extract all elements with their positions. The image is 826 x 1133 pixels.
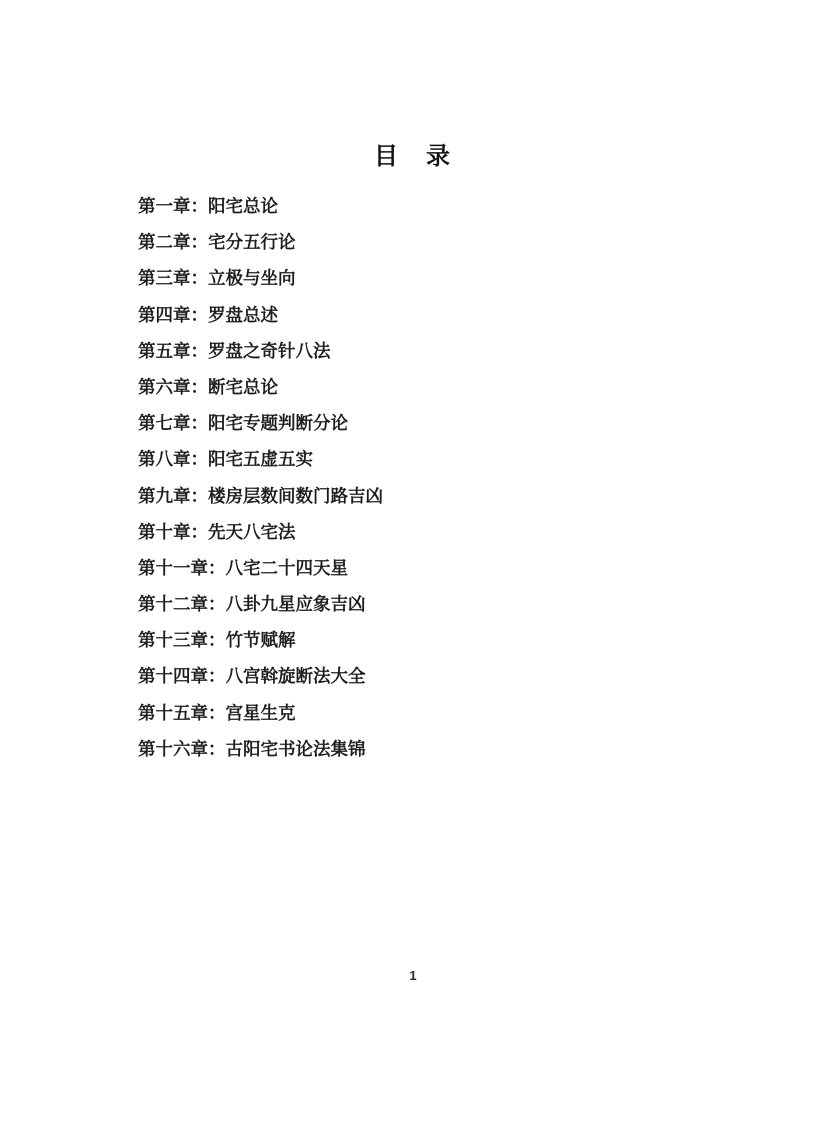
toc-item-chapter-13: 第十三章：竹节赋解 [138, 622, 698, 658]
toc-item-chapter-5: 第五章：罗盘之奇针八法 [138, 333, 698, 369]
page-number: 1 [0, 968, 826, 983]
toc-item-chapter-4: 第四章：罗盘总述 [138, 297, 698, 333]
toc-item-chapter-9: 第九章：楼房层数间数门路吉凶 [138, 478, 698, 514]
toc-item-chapter-6: 第六章：断宅总论 [138, 369, 698, 405]
page-title: 目 录 [0, 136, 826, 171]
toc-list: 第一章：阳宅总论 第二章：宅分五行论 第三章：立极与坐向 第四章：罗盘总述 第五… [138, 188, 698, 767]
toc-item-chapter-11: 第十一章：八宅二十四天星 [138, 550, 698, 586]
toc-item-chapter-12: 第十二章：八卦九星应象吉凶 [138, 586, 698, 622]
toc-item-chapter-2: 第二章：宅分五行论 [138, 224, 698, 260]
document-page: 目 录 第一章：阳宅总论 第二章：宅分五行论 第三章：立极与坐向 第四章：罗盘总… [0, 0, 826, 1133]
toc-item-chapter-16: 第十六章：古阳宅书论法集锦 [138, 731, 698, 767]
toc-item-chapter-15: 第十五章：宫星生克 [138, 695, 698, 731]
toc-item-chapter-3: 第三章：立极与坐向 [138, 260, 698, 296]
toc-item-chapter-8: 第八章：阳宅五虚五实 [138, 441, 698, 477]
toc-item-chapter-7: 第七章：阳宅专题判断分论 [138, 405, 698, 441]
toc-item-chapter-1: 第一章：阳宅总论 [138, 188, 698, 224]
toc-item-chapter-10: 第十章：先天八宅法 [138, 514, 698, 550]
toc-item-chapter-14: 第十四章：八宫斡旋断法大全 [138, 658, 698, 694]
